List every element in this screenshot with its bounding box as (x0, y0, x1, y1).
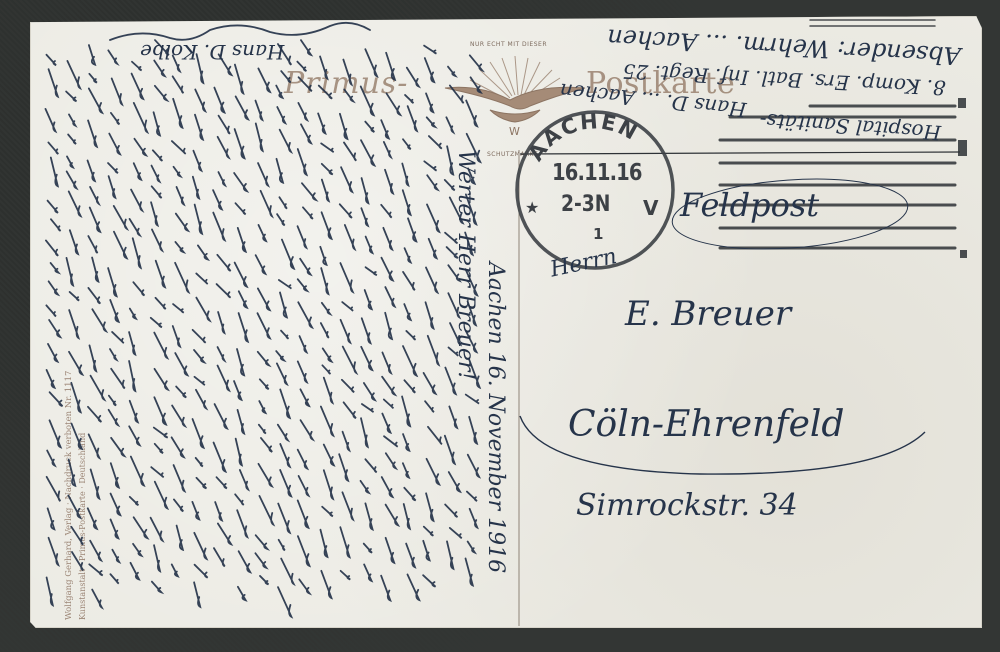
recipient-street: Simrockstr. 34 (576, 488, 798, 523)
logo-letter: W (509, 125, 520, 138)
feldpost-label: Feldpost (680, 186, 819, 224)
recipient-name: E. Breuer (625, 294, 791, 334)
message-greeting: Werter Herr Breuer! (453, 150, 478, 380)
message-place-date: Aachen 16. November 1916 (483, 262, 508, 573)
postmark-date: 16.11.16 (552, 160, 642, 186)
publisher-imprint-secondary: Kunstanstalt · Primus-Postkarte · Deutsc… (78, 60, 87, 620)
postmark-time: 2-3N (561, 192, 610, 217)
trademark-top-text: NUR ECHT MIT DIESER (470, 41, 547, 48)
message-closing: Hans D. Kolbe (140, 40, 284, 64)
trademark-bottom-text: SCHUTZMARKE (487, 151, 538, 158)
star-icon: ★ (525, 198, 539, 217)
publisher-imprint: Wolfgang Gerhard, Verlag · Nachdruck ver… (64, 60, 74, 620)
brand-primus-text: Primus- (284, 66, 408, 101)
recipient-city: Cöln-Ehrenfeld (568, 404, 844, 445)
postmark-letter: V (643, 196, 658, 220)
postmark-office-number: 1 (593, 225, 603, 243)
